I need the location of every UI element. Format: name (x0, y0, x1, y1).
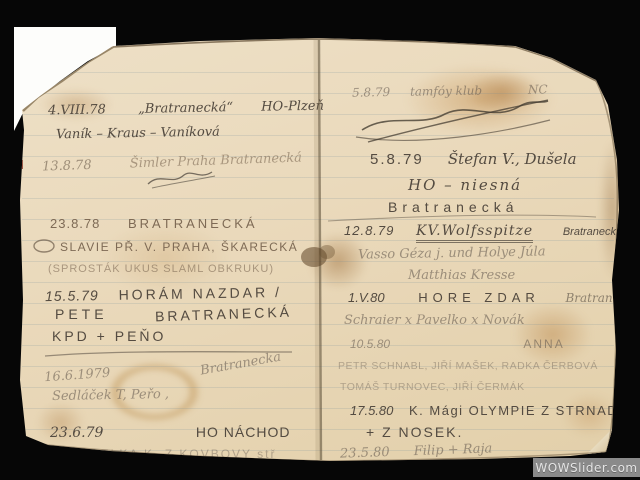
circle-doodle (34, 240, 54, 252)
torn-edge-speck (17, 250, 21, 257)
torn-edge-speck (18, 160, 23, 169)
paper-cut-corner-edge (515, 47, 596, 81)
signature-scribble (152, 176, 215, 188)
pencil-marks-overlay (0, 0, 640, 480)
watermark-label: WOWSlider.com (535, 461, 637, 475)
wowslider-watermark[interactable]: WOWSlider.com (533, 458, 640, 477)
pencil-divider-line (328, 215, 596, 221)
notebook-spread: 4.VIII.78 „Bratranecká“ HO-Plzeň Vaník –… (0, 0, 640, 480)
paper-right-edge (596, 81, 617, 452)
paper-bottom-edge (22, 430, 606, 461)
pencil-divider-line (45, 352, 292, 356)
scanned-photo-frame: 4.VIII.78 „Bratranecká“ HO-Plzeň Vaník –… (0, 0, 640, 480)
fold-hole (319, 245, 335, 259)
